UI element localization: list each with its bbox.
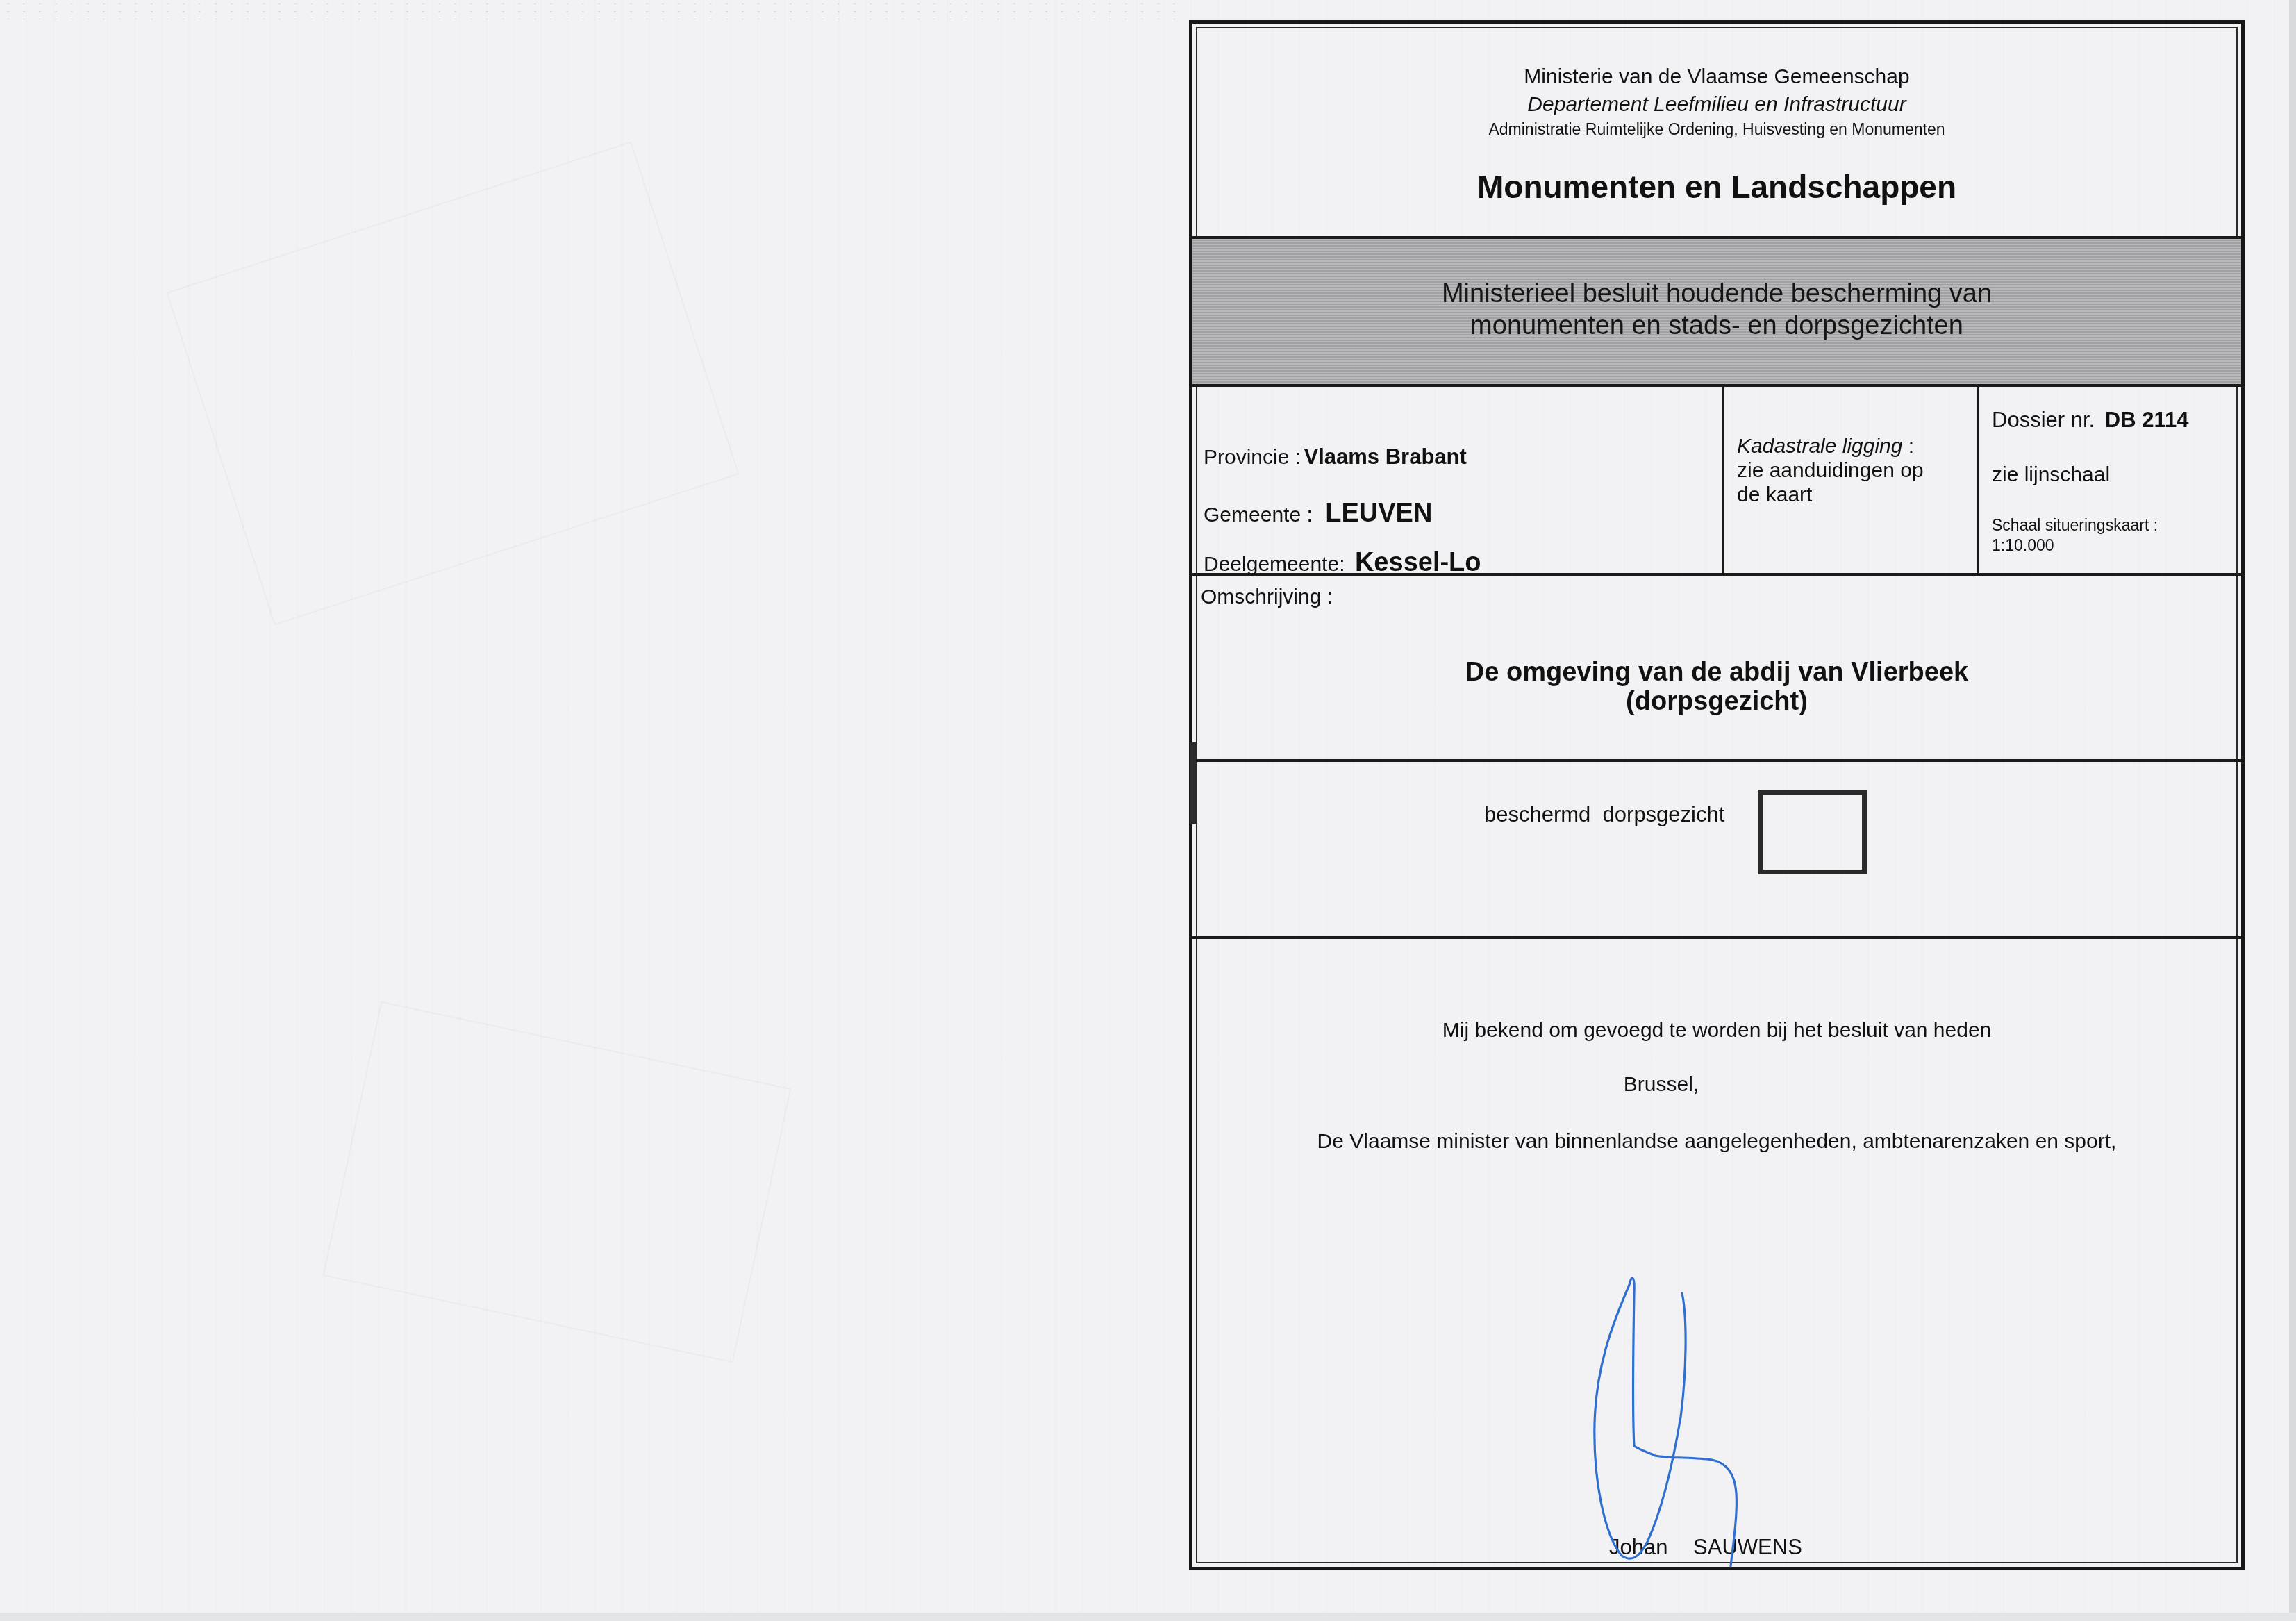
- cadastral-label: Kadastrale ligging: [1737, 435, 1903, 458]
- signature-place: Brussel,: [1192, 1073, 2241, 1097]
- provincie-field: Provincie : Vlaams Brabant: [1204, 444, 1467, 469]
- map-scale-field: Schaal situeringskaart : 1:10.000: [1992, 515, 2158, 556]
- minister-name: Johan SAUWENS: [1609, 1535, 1802, 1560]
- location-info-row: Provincie : Vlaams Brabant Gemeente : LE…: [1192, 384, 2241, 573]
- administration-name: Administratie Ruimtelijke Ordening, Huis…: [1192, 120, 2241, 139]
- minister-title: De Vlaamse minister van binnenlandse aan…: [1192, 1130, 2241, 1154]
- cadastral-text: Kadastrale ligging : zie aanduidingen op…: [1737, 434, 1924, 507]
- form-header: Ministerie van de Vlaamse Gemeenschap De…: [1192, 24, 2241, 236]
- bleed-through-shape: [323, 1001, 792, 1363]
- scale-note: zie lijnschaal: [1992, 463, 2110, 487]
- description-line-2: (dorpsgezicht): [1192, 687, 2241, 716]
- gemeente-label: Gemeente :: [1204, 504, 1313, 526]
- scan-edge-bottom: [0, 1613, 2296, 1621]
- gemeente-field: Gemeente : LEUVEN: [1204, 499, 1432, 529]
- cadastral-colon: :: [1903, 435, 1915, 458]
- provincie-value: Vlaams Brabant: [1304, 444, 1467, 469]
- protected-village-checkbox[interactable]: [1758, 790, 1867, 874]
- description-section: Omschrijving : De omgeving van de abdij …: [1192, 573, 2241, 759]
- protection-decree-form: Ministerie van de Vlaamse Gemeenschap De…: [1189, 20, 2245, 1570]
- scan-edge-right: [2289, 0, 2296, 1621]
- cadastral-location: Kadastrale ligging : zie aanduidingen op…: [1722, 387, 1977, 573]
- dossier-label: Dossier nr.: [1992, 408, 2095, 432]
- cadastral-line-2: de kaart: [1737, 483, 1812, 506]
- dossier-number: DB 2114: [2105, 408, 2189, 432]
- provincie-label: Provincie :: [1204, 446, 1301, 469]
- bleed-through-shape: [166, 142, 739, 626]
- cadastral-line-1: zie aanduidingen op: [1737, 459, 1924, 482]
- protection-status-section: beschermd dorpsgezicht: [1192, 759, 2241, 936]
- signature-section: Mij bekend om gevoegd te worden bij het …: [1192, 936, 2241, 1567]
- decree-title-line-2: monumenten en stads- en dorpsgezichten: [1192, 310, 2241, 342]
- scan-noise: [0, 0, 1181, 21]
- gemeente-value: LEUVEN: [1325, 499, 1432, 528]
- dossier-info: Dossier nr. DB 2114 zie lijnschaal Schaa…: [1977, 387, 2241, 573]
- description-label: Omschrijving :: [1201, 585, 1333, 609]
- decree-title-band: Ministerieel besluit houdende beschermin…: [1192, 236, 2241, 384]
- dossier-number-field: Dossier nr. DB 2114: [1992, 408, 2188, 433]
- margin-mark: [1190, 742, 1196, 824]
- signature-place-text: Brussel,: [1624, 1073, 1699, 1096]
- protection-status-label: beschermd dorpsgezicht: [1484, 802, 1724, 827]
- description-line-1: De omgeving van de abdij van Vlierbeek: [1192, 658, 2241, 687]
- acknowledgement-statement: Mij bekend om gevoegd te worden bij het …: [1192, 1019, 2241, 1042]
- department-name: Departement Leefmilieu en Infrastructuur: [1192, 93, 2241, 117]
- map-scale-value: 1:10.000: [1992, 535, 2158, 556]
- ministry-name: Ministerie van de Vlaamse Gemeenschap: [1192, 65, 2241, 89]
- map-scale-label: Schaal situeringskaart :: [1992, 515, 2158, 535]
- description-title: De omgeving van de abdij van Vlierbeek (…: [1192, 658, 2241, 716]
- agency-title: Monumenten en Landschappen: [1192, 168, 2241, 206]
- minister-first-name: Johan: [1609, 1535, 1667, 1559]
- minister-last-name: SAUWENS: [1693, 1535, 1802, 1559]
- decree-title-line-1: Ministerieel besluit houdende beschermin…: [1192, 278, 2241, 310]
- administrative-location: Provincie : Vlaams Brabant Gemeente : LE…: [1192, 387, 1722, 573]
- decree-title: Ministerieel besluit houdende beschermin…: [1192, 278, 2241, 342]
